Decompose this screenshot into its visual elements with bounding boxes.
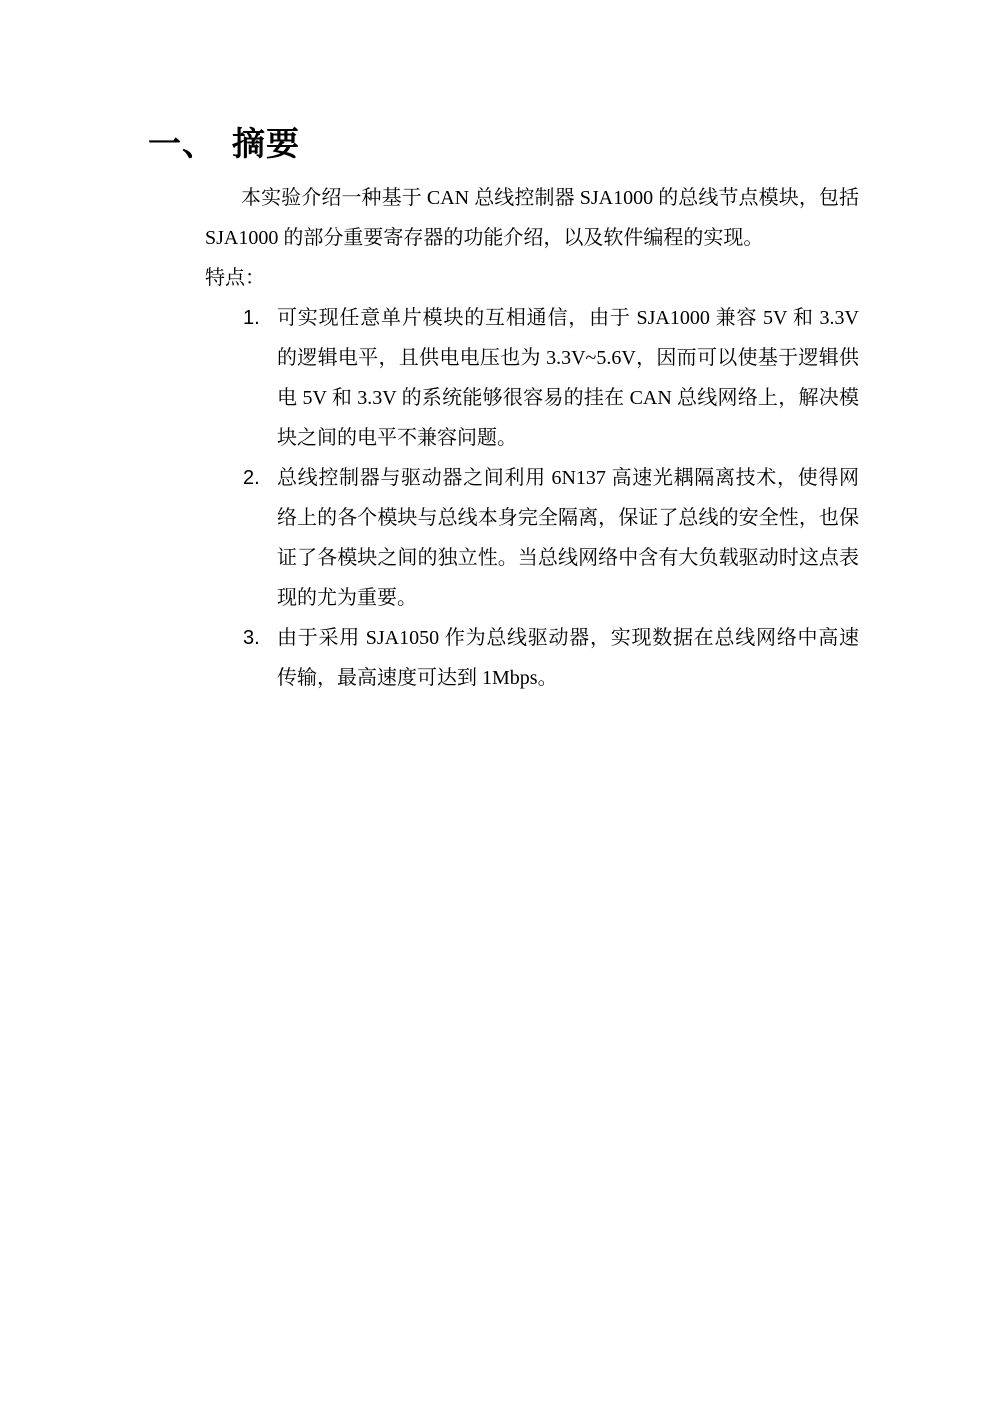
list-item-number: 2. xyxy=(243,458,260,498)
document-page: 一、摘要 本实验介绍一种基于 CAN 总线控制器 SJA1000 的总线节点模块… xyxy=(0,0,992,1403)
list-item-number: 3. xyxy=(243,618,260,658)
intro-paragraph: 本实验介绍一种基于 CAN 总线控制器 SJA1000 的总线节点模块，包括 S… xyxy=(205,178,859,258)
list-item: 2. 总线控制器与驱动器之间利用 6N137 高速光耦隔离技术，使得网络上的各个… xyxy=(205,458,859,618)
page-title: 摘要 xyxy=(232,124,300,163)
list-item-text: 总线控制器与驱动器之间利用 6N137 高速光耦隔离技术，使得网络上的各个模块与… xyxy=(277,467,859,609)
document-body: 本实验介绍一种基于 CAN 总线控制器 SJA1000 的总线节点模块，包括 S… xyxy=(205,178,859,698)
list-item: 3. 由于采用 SJA1050 作为总线驱动器，实现数据在总线网络中高速传输，最… xyxy=(205,618,859,698)
list-item: 1. 可实现任意单片模块的互相通信，由于 SJA1000 兼容 5V 和 3.3… xyxy=(205,298,859,458)
list-item-text: 可实现任意单片模块的互相通信，由于 SJA1000 兼容 5V 和 3.3V 的… xyxy=(277,307,859,449)
section-heading-number: 一、 xyxy=(148,124,216,163)
section-heading: 一、摘要 xyxy=(148,122,300,166)
list-item-number: 1. xyxy=(243,298,260,338)
list-item-text: 由于采用 SJA1050 作为总线驱动器，实现数据在总线网络中高速传输，最高速度… xyxy=(277,627,859,689)
features-label: 特点： xyxy=(205,258,859,298)
